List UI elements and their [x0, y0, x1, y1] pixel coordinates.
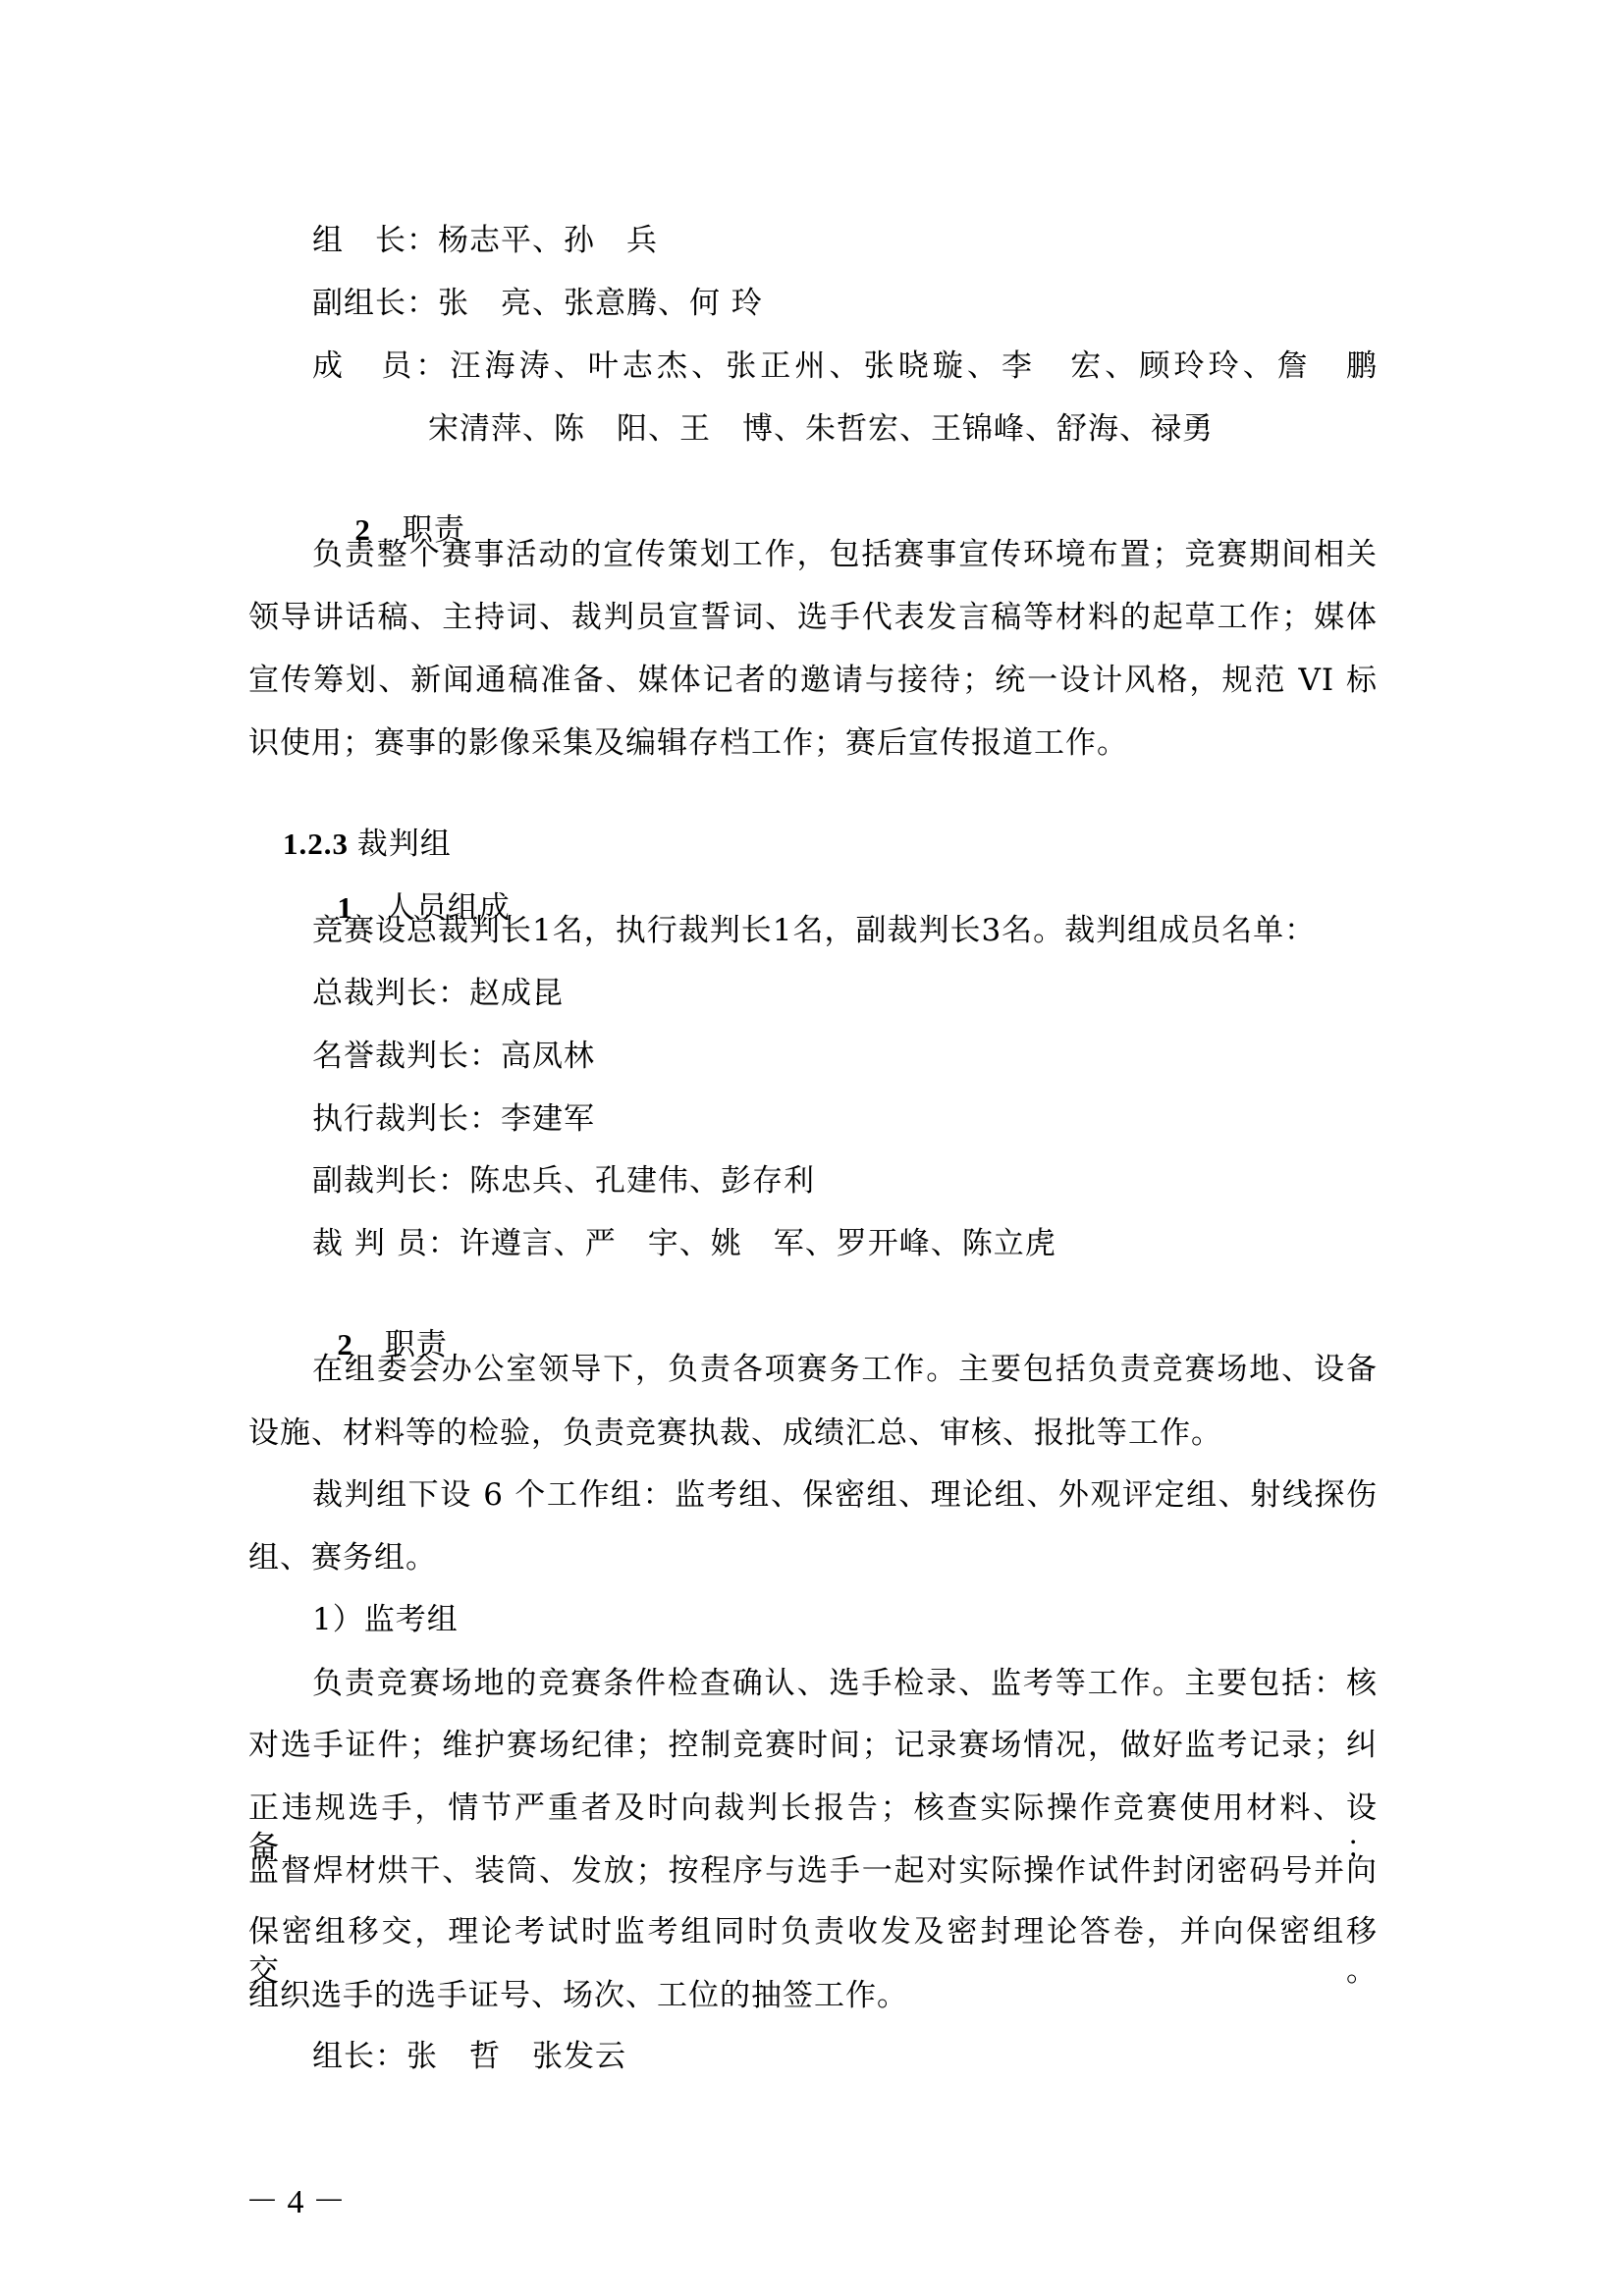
- paragraph-line: 负责整个赛事活动的宣传策划工作，包括赛事宣传环境布置；竞赛期间相关: [312, 535, 1378, 574]
- paragraph-line: 组织选手的选手证号、场次、工位的抽签工作。: [248, 1976, 1378, 2015]
- paragraph-line: 裁判组下设 6 个工作组：监考组、保密组、理论组、外观评定组、射线探伤: [312, 1475, 1378, 1515]
- members-line-continued: 宋清萍、陈 阳、王 博、朱哲宏、王锦峰、舒海、禄勇: [428, 409, 1557, 449]
- chief-referee: 总裁判长：赵成昆: [312, 974, 1378, 1013]
- referees: 裁 判 员：许遵言、严 宇、姚 军、罗开峰、陈立虎: [312, 1224, 1378, 1263]
- paragraph-line: 组、赛务组。: [248, 1538, 1378, 1577]
- paragraph-line: 领导讲话稿、主持词、裁判员宣誓词、选手代表发言稿等材料的起草工作；媒体: [248, 598, 1378, 637]
- paragraph-line: 在组委会办公室领导下，负责各项赛务工作。主要包括负责竞赛场地、设备: [312, 1350, 1378, 1389]
- paragraph-line: 识使用；赛事的影像采集及编辑存档工作；赛后宣传报道工作。: [248, 723, 1378, 763]
- paragraph-line: 对选手证件；维护赛场纪律；控制竞赛时间；记录赛场情况，做好监考记录；纠: [248, 1726, 1378, 1765]
- deputy-referees: 副裁判长：陈忠兵、孔建伟、彭存利: [312, 1161, 1378, 1201]
- members-line: 成 员：汪海涛、叶志杰、张正州、张晓璇、李 宏、顾玲玲、詹 鹏: [312, 347, 1378, 386]
- staff-summary: 竞赛设总裁判长1名，执行裁判长1名，副裁判长3名。裁判组成员名单：: [312, 911, 1378, 950]
- deputy-leader-line: 副组长：张 亮、张意腾、何 玲: [312, 284, 1378, 323]
- group-leader-line: 组 长：杨志平、孙 兵: [312, 221, 1378, 260]
- paragraph-line: 负责竞赛场地的竞赛条件检查确认、选手检录、监考等工作。主要包括：核: [312, 1664, 1378, 1703]
- monitor-group-leader: 组长：张 哲 张发云: [312, 2037, 1378, 2076]
- executive-referee: 执行裁判长：李建军: [312, 1099, 1378, 1139]
- paragraph-line: 监督焊材烘干、装筒、发放；按程序与选手一起对实际操作试件封闭密码号并向: [248, 1851, 1378, 1891]
- subgroup-heading: 1）监考组: [312, 1600, 1378, 1639]
- honorary-referee: 名誉裁判长：高凤林: [312, 1037, 1378, 1076]
- page-number: － 4 －: [245, 2181, 346, 2224]
- paragraph-line: 设施、材料等的检验，负责竞赛执裁、成绩汇总、审核、报批等工作。: [248, 1414, 1378, 1453]
- paragraph-line: 宣传筹划、新闻通稿准备、媒体记者的邀请与接待；统一设计风格，规范 VI 标: [248, 661, 1378, 700]
